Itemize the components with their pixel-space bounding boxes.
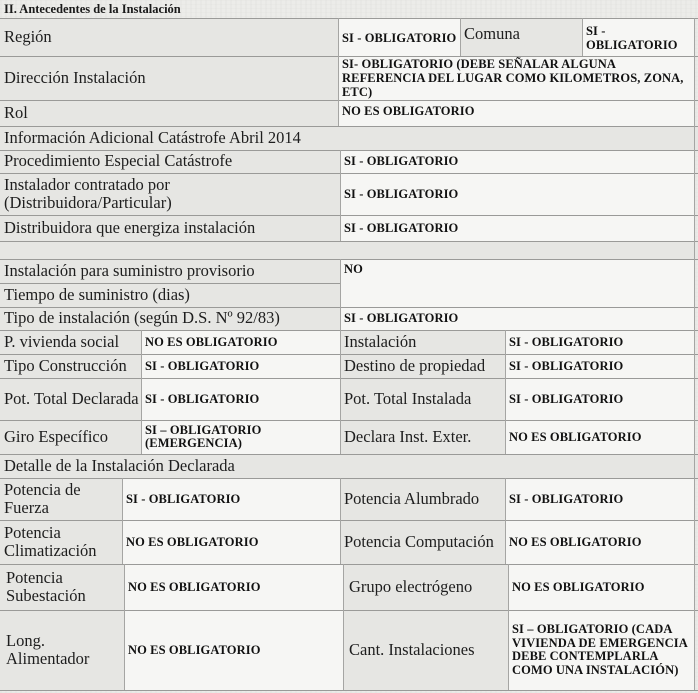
declara-inst-exter-label: Declara Inst. Exter.: [340, 420, 505, 454]
divider: [0, 126, 698, 127]
rol-value: NO ES OBLIGATORIO: [338, 100, 694, 126]
vivienda-social-value: NO ES OBLIGATORIO: [141, 330, 340, 354]
destino-propiedad-value: SI - OBLIGATORIO: [505, 354, 694, 378]
region-value: SI - OBLIGATORIO: [338, 18, 460, 56]
divider: [694, 18, 695, 690]
direccion-label: Dirección Instalación: [0, 56, 338, 100]
potencia-fuerza-value: SI - OBLIGATORIO: [122, 478, 340, 520]
pot-total-declarada-label: Pot. Total Declarada: [0, 378, 141, 420]
divider: [505, 330, 506, 454]
divider: [0, 215, 698, 216]
divider: [0, 378, 698, 379]
long-alimentador-value: NO ES OBLIGATORIO: [124, 610, 343, 690]
divider: [0, 330, 698, 331]
instalacion-value: SI - OBLIGATORIO: [505, 330, 694, 354]
divider: [0, 690, 698, 691]
vivienda-social-label: P. vivienda social: [0, 330, 141, 354]
pot-total-declarada-value: SI - OBLIGATORIO: [141, 378, 340, 420]
pot-total-instalada-label: Pot. Total Instalada: [340, 378, 505, 420]
divider: [0, 454, 698, 455]
potencia-climatizacion-label: Potencia Climatización: [0, 520, 122, 564]
divider: [0, 18, 698, 19]
potencia-alumbrado-label: Potencia Alumbrado: [340, 478, 505, 520]
tipo-construccion-value: SI - OBLIGATORIO: [141, 354, 340, 378]
info-catastrofe-heading: Información Adicional Catástrofe Abril 2…: [0, 126, 698, 150]
divider: [582, 18, 583, 56]
divider: [0, 150, 698, 151]
tipo-instalacion-label: Tipo de instalación (según D.S. Nº 92/83…: [0, 307, 340, 330]
procedimiento-value: SI - OBLIGATORIO: [340, 150, 694, 173]
divider: [124, 564, 125, 690]
divider: [122, 478, 123, 564]
comuna-value: SI - OBLIGATORIO: [582, 18, 694, 56]
destino-propiedad-label: Destino de propiedad: [340, 354, 505, 378]
section-title: II. Antecedentes de la Instalación: [0, 0, 698, 18]
cant-instalaciones-label: Cant. Instalaciones: [343, 610, 508, 690]
document-page: II. Antecedentes de la Instalación Regió…: [0, 0, 698, 693]
divider: [0, 520, 698, 521]
distribuidora-value: SI - OBLIGATORIO: [340, 215, 694, 241]
rol-label: Rol: [0, 100, 338, 126]
pot-total-instalada-value: SI - OBLIGATORIO: [505, 378, 694, 420]
divider: [141, 330, 142, 454]
divider: [0, 100, 698, 101]
long-alimentador-label: Long. Alimentador: [0, 610, 124, 690]
divider: [338, 18, 339, 126]
distribuidora-label: Distribuidora que energiza instalación: [0, 215, 340, 241]
grupo-electrogeno-label: Grupo electrógeno: [343, 564, 508, 610]
divider: [0, 478, 698, 479]
divider: [340, 150, 341, 241]
cant-instalaciones-value: SI – OBLIGATORIO (CADA VIVIENDA DE EMERG…: [508, 610, 694, 690]
tipo-instalacion-value: SI - OBLIGATORIO: [340, 307, 694, 330]
provisorio-value: NO: [340, 259, 694, 307]
potencia-fuerza-label: Potencia de Fuerza: [0, 478, 122, 520]
instalador-label: Instalador contratado por (Distribuidora…: [0, 173, 340, 215]
tipo-construccion-label: Tipo Construcción: [0, 354, 141, 378]
instalador-value: SI - OBLIGATORIO: [340, 173, 694, 215]
divider: [0, 173, 698, 174]
grupo-electrogeno-value: NO ES OBLIGATORIO: [508, 564, 694, 610]
divider: [340, 259, 341, 454]
potencia-alumbrado-value: SI - OBLIGATORIO: [505, 478, 694, 520]
region-label: Región: [0, 18, 338, 56]
potencia-subestacion-label: Potencia Subestación: [0, 564, 124, 610]
instalacion-label: Instalación: [340, 330, 505, 354]
potencia-climatizacion-value: NO ES OBLIGATORIO: [122, 520, 340, 564]
spacer-row: [0, 241, 698, 259]
divider: [343, 564, 344, 690]
divider: [0, 354, 698, 355]
potencia-computacion-value: NO ES OBLIGATORIO: [505, 520, 694, 564]
divider: [340, 478, 341, 564]
procedimiento-label: Procedimiento Especial Catástrofe: [0, 150, 340, 173]
divider: [460, 18, 461, 56]
giro-especifico-label: Giro Específico: [0, 420, 141, 454]
divider: [0, 283, 340, 284]
divider: [505, 478, 506, 564]
divider: [0, 610, 698, 611]
divider: [508, 564, 509, 690]
divider: [0, 56, 698, 57]
divider: [0, 307, 698, 308]
direccion-value: SI- OBLIGATORIO (DEBE SEÑALAR ALGUNA REF…: [338, 56, 694, 100]
comuna-label: Comuna: [460, 18, 582, 56]
divider: [0, 420, 698, 421]
detalle-heading: Detalle de la Instalación Declarada: [0, 454, 698, 478]
giro-especifico-value: SI – OBLIGATORIO (EMERGENCIA): [141, 420, 340, 454]
declara-inst-exter-value: NO ES OBLIGATORIO: [505, 420, 694, 454]
potencia-computacion-label: Potencia Computación: [340, 520, 505, 564]
potencia-subestacion-value: NO ES OBLIGATORIO: [124, 564, 343, 610]
divider: [0, 564, 698, 565]
divider: [0, 259, 698, 260]
tiempo-label: Tiempo de suministro (dias): [0, 283, 340, 307]
provisorio-label: Instalación para suministro provisorio: [0, 259, 340, 283]
divider: [0, 241, 698, 242]
